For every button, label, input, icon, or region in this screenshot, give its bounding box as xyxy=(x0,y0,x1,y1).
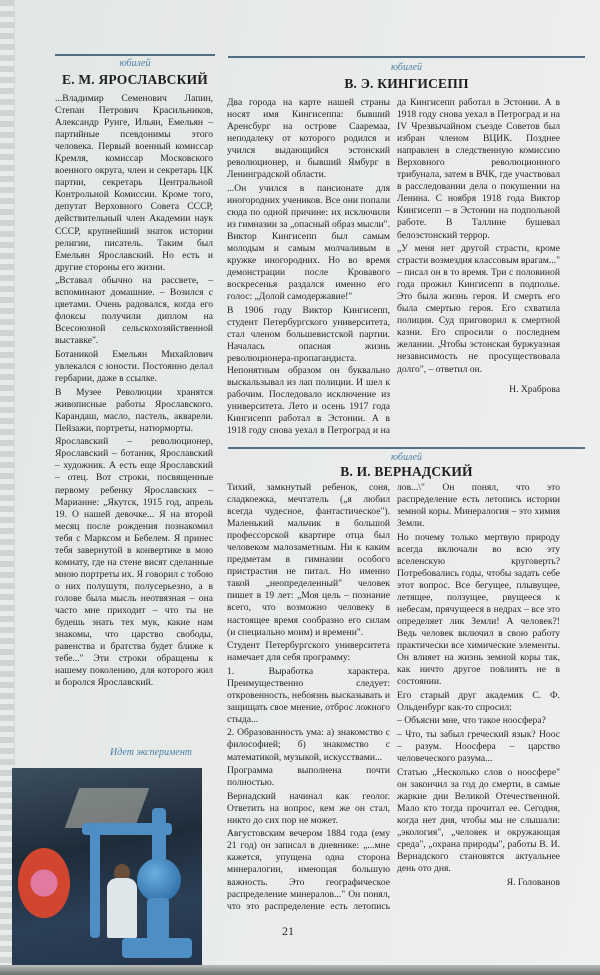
paragraph: Тихий, замкнутый ребенок, соня, сладкоеж… xyxy=(227,482,390,639)
article-author: Я. Голованов xyxy=(397,877,560,889)
paragraph: ...Он учился в пансионате для иногородни… xyxy=(227,183,390,303)
photo-caption: Идет эксперимент xyxy=(110,747,192,758)
magazine-page: юбилей Е. М. ЯРОСЛАВСКИЙ ...Владимир Сем… xyxy=(0,0,600,975)
article-body-vernadsky-col2: лов...\" Он понял, что это распределение… xyxy=(397,482,560,889)
paragraph: Два города на карте нашей страны носят и… xyxy=(227,97,390,181)
photo-sphere xyxy=(137,858,181,902)
paragraph: Но почему только мертвую природу всегда … xyxy=(397,532,560,689)
photo-pipe xyxy=(90,828,100,938)
section-rule xyxy=(55,54,215,56)
paragraph: 1. Выработка характера. Преимущественно … xyxy=(227,666,390,726)
photo-light xyxy=(65,788,150,828)
article-author: Н. Храброва xyxy=(397,384,560,396)
photo-base xyxy=(122,938,192,958)
article-body-kingisepp-col1: Два города на карте нашей страны носят и… xyxy=(227,97,390,438)
article-kicker: юбилей xyxy=(55,58,215,69)
paragraph: Программа выполнена почти полностью. xyxy=(227,765,390,789)
article-body-yaroslavsky: ...Владимир Семенович Лапин, Степан Петр… xyxy=(55,93,213,691)
paragraph: Его старый друг академик С. Ф. Ольденбур… xyxy=(397,690,560,714)
paragraph: ...Владимир Семенович Лапин, Степан Петр… xyxy=(55,93,213,274)
photo-red-flange xyxy=(18,848,70,918)
page-bottom-shadow xyxy=(0,965,600,975)
paragraph: В 1906 году Виктор Кингисепп, студент Пе… xyxy=(227,305,390,437)
paragraph: – Объясни мне, что такое ноосфера? xyxy=(397,715,560,727)
paragraph: Статью „Несколько слов о ноосфере" он за… xyxy=(397,767,560,875)
article-title: В. И. ВЕРНАДСКИЙ xyxy=(228,464,585,480)
paragraph: Вернадский начинал как геолог. Ответить … xyxy=(227,791,390,827)
section-rule xyxy=(228,447,585,449)
article-title: Е. М. ЯРОСЛАВСКИЙ xyxy=(55,72,215,88)
paragraph: Студент Петербургского университета наме… xyxy=(227,640,390,664)
paragraph: – Что, ты забыл греческий язык? Ноос – р… xyxy=(397,729,560,765)
paragraph: лов...\" Он понял, что это распределение… xyxy=(397,482,560,530)
article-kicker: юбилей xyxy=(228,452,585,463)
paragraph: 2. Образованность ума: а) знакомство с ф… xyxy=(227,727,390,763)
paragraph: Ярославский – революционер, Ярославский … xyxy=(55,436,213,689)
page-number: 21 xyxy=(282,924,294,939)
paragraph: Августовским вечером 1884 года (ему 21 г… xyxy=(227,828,390,912)
experiment-photo xyxy=(12,768,202,968)
article-body-kingisepp-col2: да Кингисепп работал в Эстонии. А в 1918… xyxy=(397,97,560,396)
section-rule xyxy=(228,56,585,58)
paragraph: Ботаникой Емельян Михайлович увлекался с… xyxy=(55,349,213,385)
paragraph: „У меня нет другой страсти, кроме страст… xyxy=(397,243,560,376)
photo-scientist xyxy=(107,878,137,938)
article-kicker: юбилей xyxy=(228,62,585,73)
paragraph: да Кингисепп работал в Эстонии. А в 1918… xyxy=(397,97,560,242)
paragraph: „Вставал обычно на рассвете, – вспоминаю… xyxy=(55,275,213,347)
article-body-vernadsky-col1: Тихий, замкнутый ребенок, соня, сладкоеж… xyxy=(227,482,390,912)
article-title: В. Э. КИНГИСЕПП xyxy=(228,76,585,92)
paragraph: В Музее Революции хранятся живописные ра… xyxy=(55,387,213,435)
